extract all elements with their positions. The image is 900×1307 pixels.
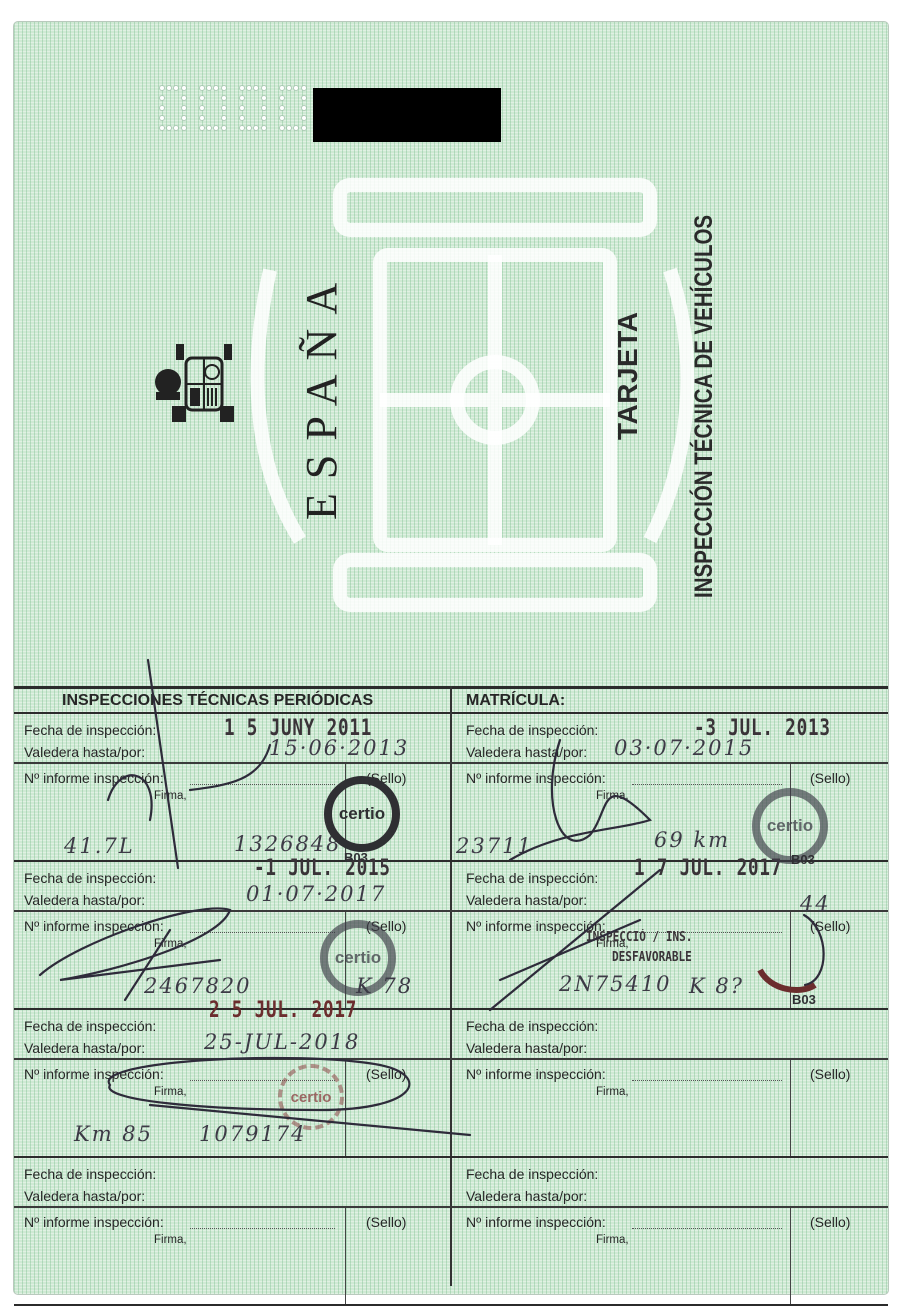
sello-label: (Sello) <box>366 1066 406 1082</box>
sello-divider <box>790 1208 791 1306</box>
certio-seal-stamp: certio <box>324 776 400 852</box>
informe-label: Nº informe inspección: <box>24 770 164 786</box>
certio-seal-stamp: certio <box>320 920 396 996</box>
row-divider <box>14 1008 888 1010</box>
handwritten-note: 41.7L <box>64 834 135 858</box>
row-mid-divider <box>450 1206 888 1208</box>
valid-until-handwritten: 15·06·2013 <box>269 736 409 760</box>
seal-code: B03 <box>344 850 368 865</box>
firma-label: Firma, <box>596 790 629 802</box>
seal-text: certio <box>339 804 385 824</box>
row-mid-divider <box>14 910 450 912</box>
sello-label: (Sello) <box>810 1214 850 1230</box>
fecha-label: Fecha de inspección: <box>466 1166 598 1182</box>
fecha-label: Fecha de inspección: <box>466 870 598 886</box>
sello-label: (Sello) <box>810 1066 850 1082</box>
certio-seal-stamp: certio <box>278 1064 344 1130</box>
valedera-label: Valedera hasta/por: <box>466 1188 587 1204</box>
fecha-label: Fecha de inspección: <box>466 722 598 738</box>
handwritten-note: 1326848 <box>234 832 342 856</box>
row-mid-divider <box>14 1206 450 1208</box>
valedera-label: Valedera hasta/por: <box>24 1040 145 1056</box>
valedera-label: Valedera hasta/por: <box>24 892 145 908</box>
informe-dotted-line <box>190 1228 335 1229</box>
informe-dotted-line <box>632 1080 782 1081</box>
valid-until-handwritten: 01·07·2017 <box>246 882 386 906</box>
row-divider <box>14 1156 888 1158</box>
sello-divider <box>345 1208 346 1306</box>
handwritten-note: 44 <box>800 892 831 916</box>
handwritten-note: 23711 <box>456 834 533 858</box>
fecha-label: Fecha de inspección: <box>24 1018 156 1034</box>
fecha-label: Fecha de inspección: <box>24 870 156 886</box>
handwritten-note: Km 85 <box>74 1122 153 1146</box>
firma-label: Firma, <box>596 1086 629 1098</box>
informe-label: Nº informe inspección: <box>24 918 164 934</box>
result-stamp: INSPECCIÓ / INS. <box>586 930 692 945</box>
handwritten-note: 2N75410 <box>559 972 672 996</box>
fecha-label: Fecha de inspección: <box>466 1018 598 1034</box>
inspection-date-stamp: -1 JUL. 2015 <box>254 856 391 881</box>
valedera-label: Valedera hasta/por: <box>466 744 587 760</box>
row-mid-divider <box>14 1058 450 1060</box>
fecha-label: Fecha de inspección: <box>24 722 156 738</box>
seal-code: B03 <box>791 852 815 867</box>
handwritten-note: 1079174 <box>199 1122 307 1146</box>
informe-dotted-line <box>190 784 335 785</box>
perforated-number <box>160 86 310 134</box>
handwritten-note: 69 km <box>654 828 730 852</box>
firma-label: Firma, <box>596 1234 629 1246</box>
left-column-header: INSPECCIONES TÉCNICAS PERIÓDICAS <box>62 692 373 710</box>
firma-label: Firma, <box>154 1234 187 1246</box>
fecha-label: Fecha de inspección: <box>24 1166 156 1182</box>
card-type-title: TARJETA <box>612 312 644 440</box>
seal-text: certio <box>291 1089 332 1106</box>
valedera-label: Valedera hasta/por: <box>466 892 587 908</box>
informe-label: Nº informe inspección: <box>24 1214 164 1230</box>
result-stamp: DESFAVORABLE <box>612 950 692 965</box>
informe-dotted-line <box>190 932 335 933</box>
handwritten-note: 2467820 <box>144 974 252 998</box>
informe-label: Nº informe inspección: <box>24 1066 164 1082</box>
informe-dotted-line <box>632 784 782 785</box>
valid-until-handwritten: 25-JUL-2018 <box>204 1030 360 1054</box>
handwritten-note: K 8? <box>689 974 744 998</box>
row-mid-divider <box>450 1058 888 1060</box>
seal-text: certio <box>335 948 381 968</box>
sello-divider <box>790 1060 791 1158</box>
row-mid-divider <box>14 762 450 764</box>
informe-dotted-line <box>632 1228 782 1229</box>
redacted-block <box>313 88 501 142</box>
sello-label: (Sello) <box>366 1214 406 1230</box>
valedera-label: Valedera hasta/por: <box>466 1040 587 1056</box>
right-column-header: MATRÍCULA: <box>466 692 565 710</box>
sello-label: (Sello) <box>810 918 850 934</box>
informe-label: Nº informe inspección: <box>466 1214 606 1230</box>
coat-of-arms-icon <box>150 340 242 430</box>
firma-label: Firma, <box>154 938 187 950</box>
informe-label: Nº informe inspección: <box>466 918 606 934</box>
card-title: INSPECCIÓN TÉCNICA DE VEHÍCULOS <box>690 215 719 598</box>
row-divider <box>14 1304 888 1306</box>
informe-label: Nº informe inspección: <box>466 1066 606 1082</box>
seal-text: certio <box>767 816 813 836</box>
seal-code: B03 <box>792 992 816 1007</box>
country-title: ESPAÑA <box>296 269 347 520</box>
firma-label: Firma, <box>154 1086 187 1098</box>
valedera-label: Valedera hasta/por: <box>24 744 145 760</box>
inspection-date-stamp: 1 7 JUL. 2017 <box>634 856 782 881</box>
firma-label: Firma, <box>154 790 187 802</box>
informe-label: Nº informe inspección: <box>466 770 606 786</box>
sello-label: (Sello) <box>810 770 850 786</box>
inspection-date-stamp: 2 5 JUL. 2017 <box>209 998 357 1023</box>
valedera-label: Valedera hasta/por: <box>24 1188 145 1204</box>
sello-divider <box>345 1060 346 1158</box>
sello-divider <box>790 912 791 1010</box>
valid-until-handwritten: 03·07·2015 <box>614 736 754 760</box>
row-mid-divider <box>450 762 888 764</box>
certio-seal-stamp: certio <box>752 788 828 864</box>
